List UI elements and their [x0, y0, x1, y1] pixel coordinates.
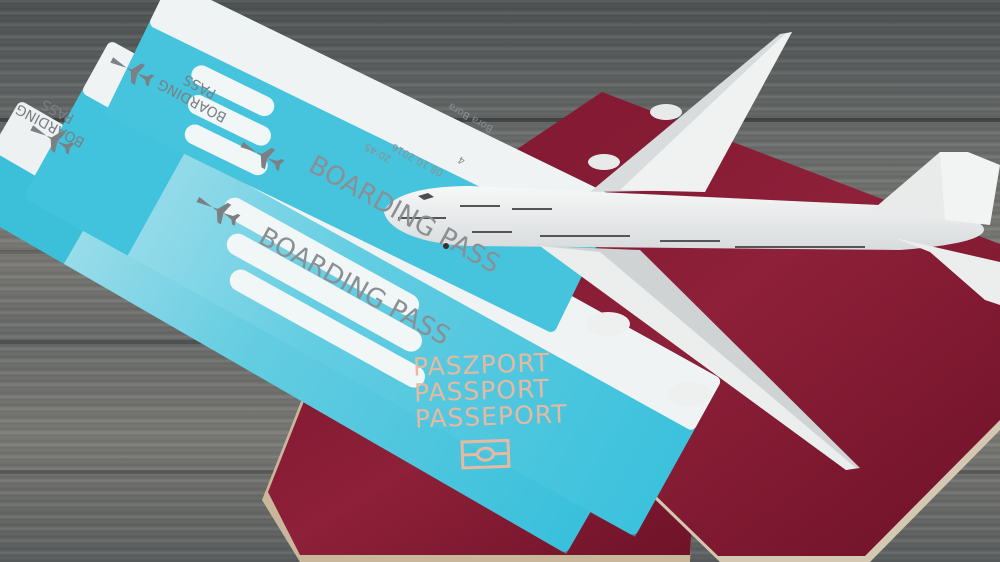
photo-scene: BOARDING PASS BOARDING PASS BOARDING PAS…: [0, 0, 1000, 562]
passport-cover-text: PASZPORT PASSPORT PASSEPORT: [413, 349, 568, 432]
scene-illustration: [0, 0, 1000, 562]
passport-line: PASSEPORT: [415, 401, 569, 432]
